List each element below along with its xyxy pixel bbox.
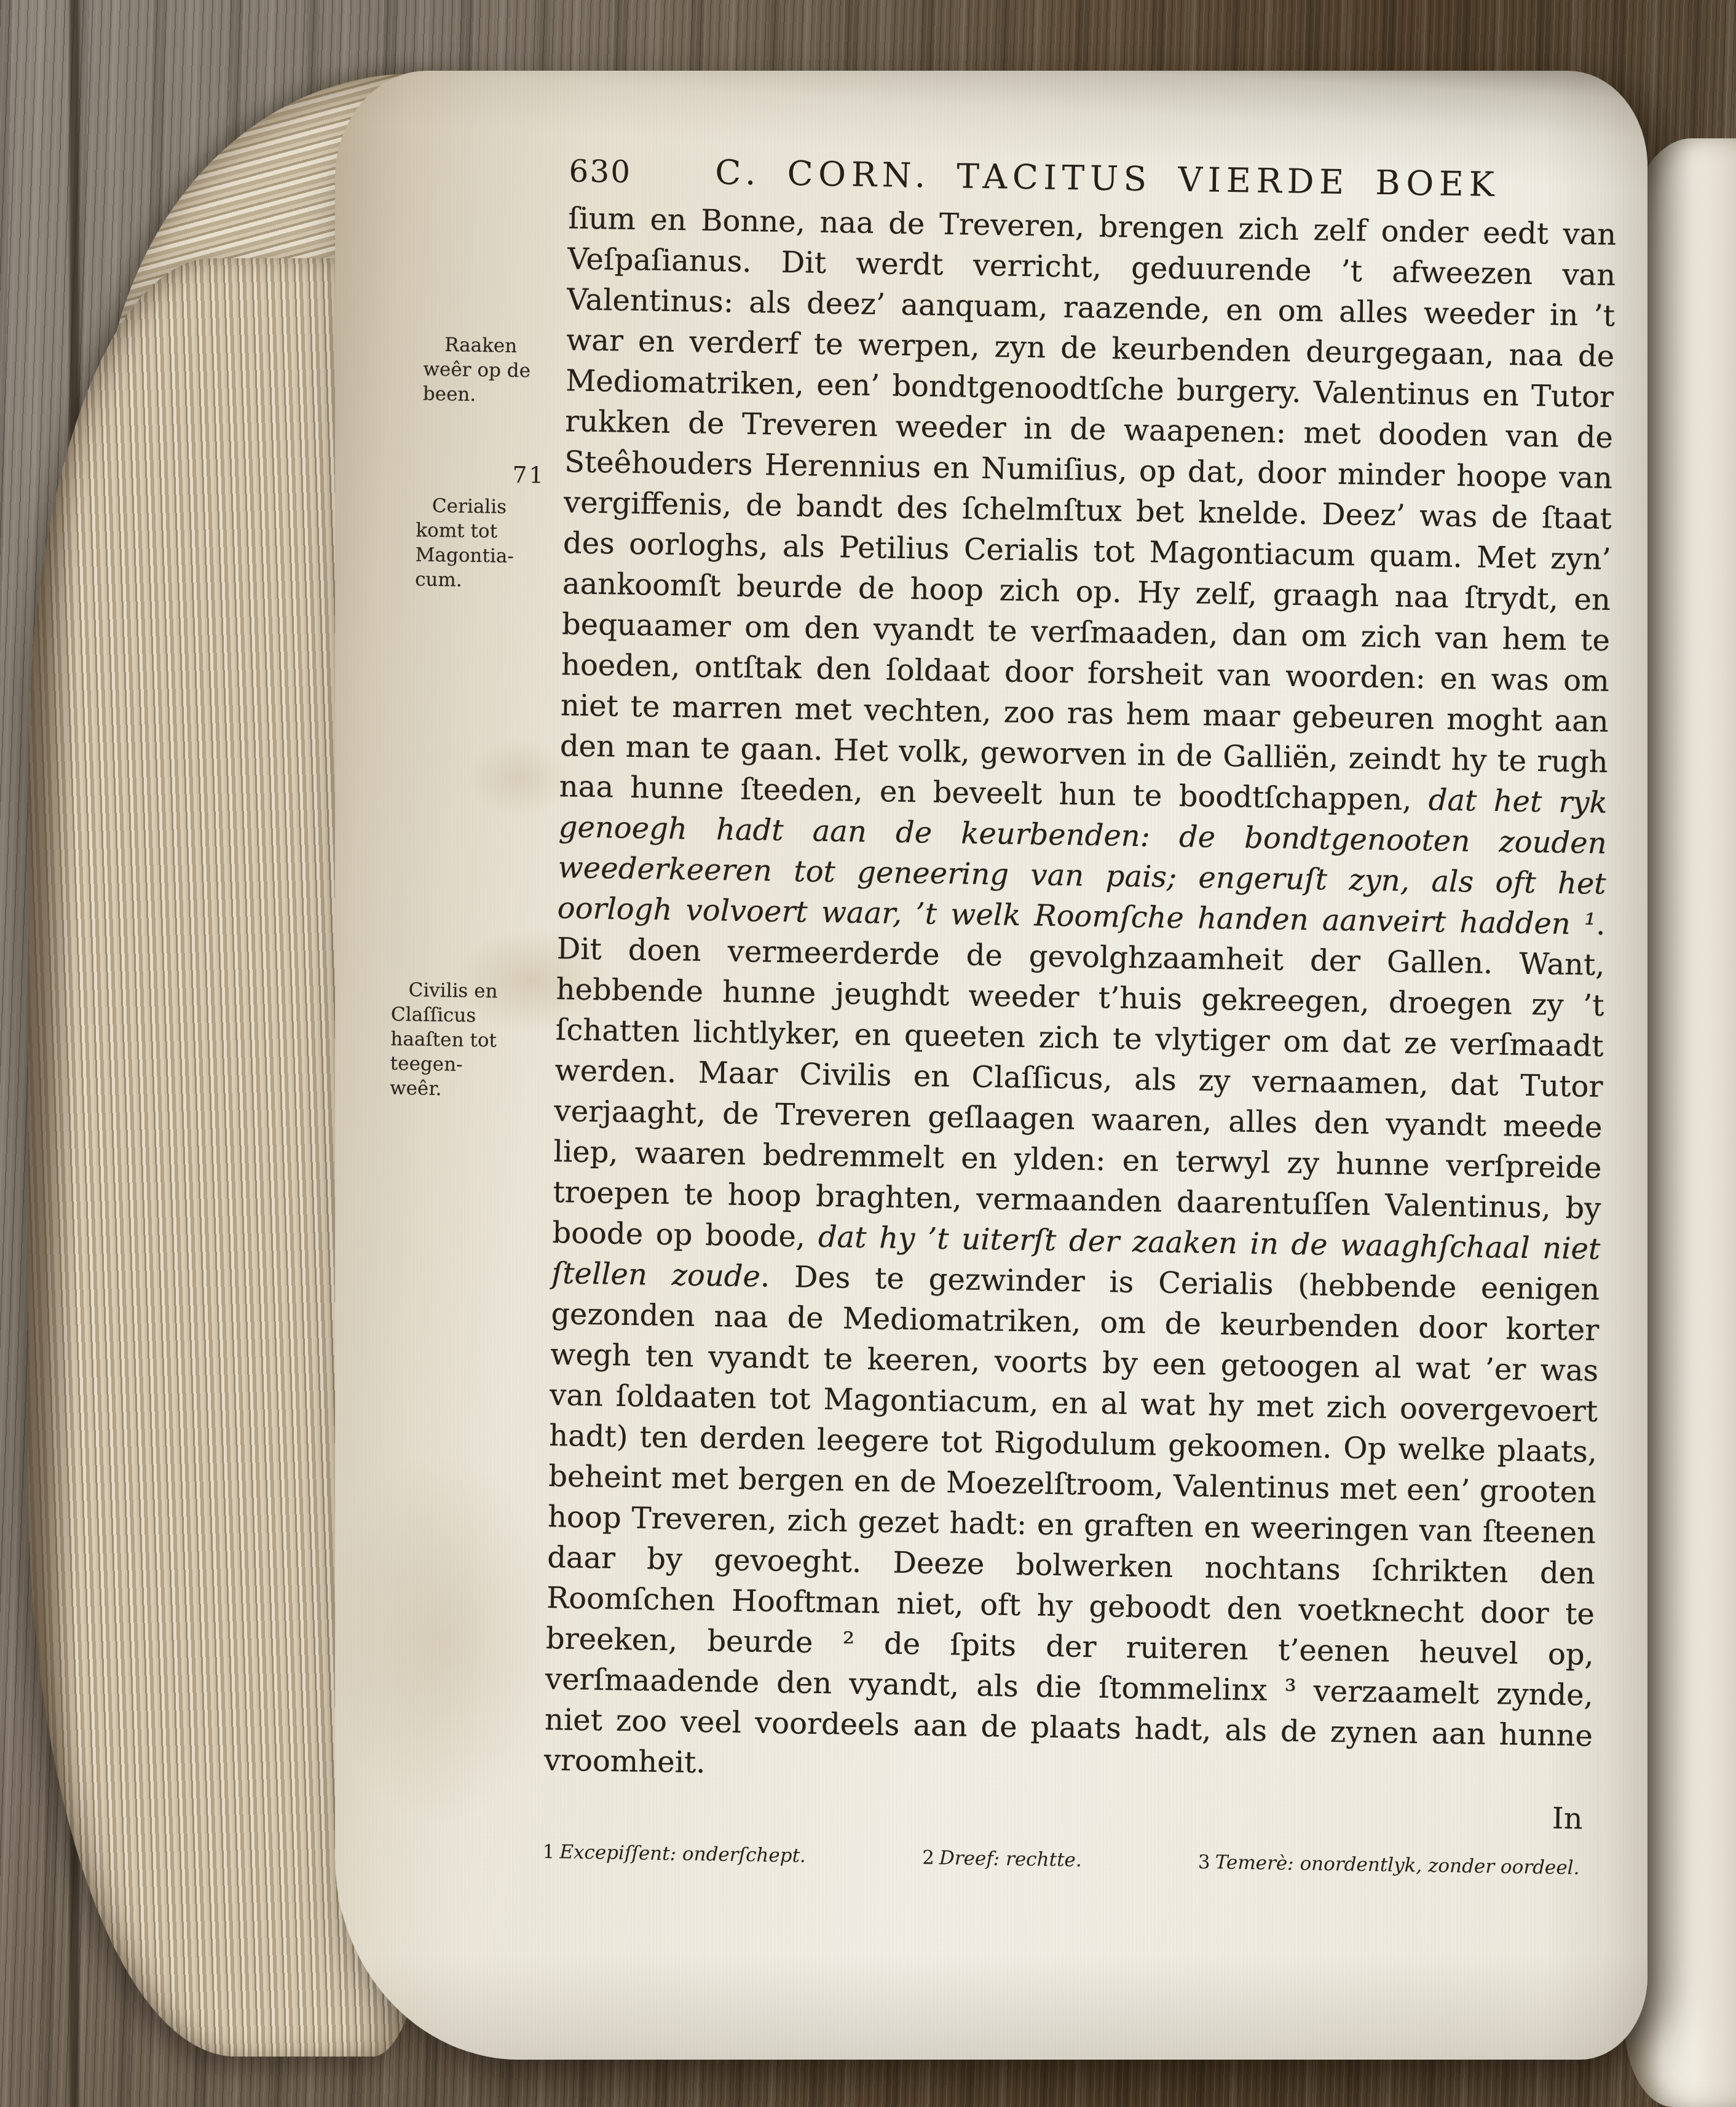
page-number: 630: [569, 153, 631, 190]
text-block: ſium en Bonne, naa de Treveren, brengen …: [542, 198, 1616, 1880]
footnote-marker: 3: [1198, 1851, 1215, 1873]
margin-note-civilis: Civilis en Claſſicus haaſten tot teegen-…: [390, 978, 551, 1103]
body-text: ſium en Bonne, naa de Treveren, brengen …: [543, 198, 1616, 1797]
margin-section-number: 71: [512, 462, 545, 489]
footnote-1: 1Excepiſſent: onderſchept.: [542, 1840, 806, 1868]
footnote-text: Dreef: rechtte.: [939, 1847, 1082, 1872]
book-photograph: 630 C. CORN. TACITUS VIERDE BOEK Raaken …: [0, 0, 1736, 2107]
footnote-text: Excepiſſent: onderſchept.: [559, 1841, 806, 1867]
footnote-marker: 2: [922, 1847, 939, 1869]
margin-note-cerialis: Cerialis komt tot Magontia- cum.: [415, 493, 570, 594]
main-page: 630 C. CORN. TACITUS VIERDE BOEK Raaken …: [335, 71, 1647, 2060]
running-title: C. CORN. TACITUS VIERDE BOEK: [631, 151, 1617, 206]
footnotes-row: 1Excepiſſent: onderſchept. 2Dreef: recht…: [542, 1840, 1590, 1881]
page-content: 630 C. CORN. TACITUS VIERDE BOEK Raaken …: [306, 68, 1649, 2077]
footnote-marker: 1: [542, 1841, 559, 1863]
footnote-3: 3Temerè: onordentlyk, zonder oordeel.: [1198, 1850, 1580, 1881]
margin-note-raaken: Raaken weêr op de been.: [423, 333, 572, 409]
page-header: 630 C. CORN. TACITUS VIERDE BOEK: [569, 150, 1617, 206]
footnote-text: Temerè: onordentlyk, zonder oordeel.: [1215, 1851, 1579, 1879]
footnote-2: 2Dreef: rechtte.: [922, 1846, 1082, 1873]
